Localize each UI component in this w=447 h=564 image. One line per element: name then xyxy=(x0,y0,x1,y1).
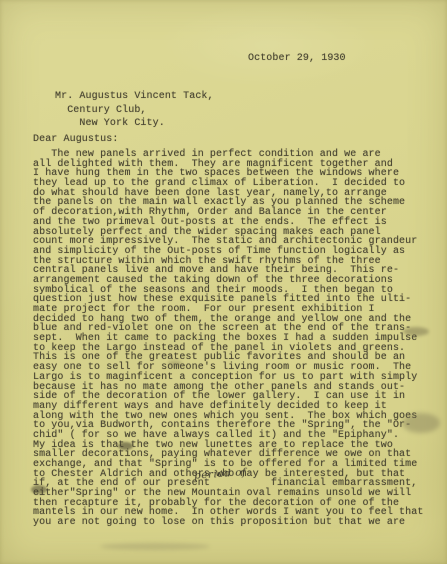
salutation: Dear Augustus: xyxy=(33,134,118,145)
letter-date: October 29, 1930 xyxy=(248,53,346,64)
recipient-address-line: Century Club, xyxy=(55,104,214,118)
ink-smudge xyxy=(100,543,210,550)
recipient-address-line: New York City. xyxy=(55,117,214,131)
recipient-address-line: Mr. Augustus Vincent Tack, xyxy=(55,90,214,104)
letter-body-line: you are not going to lose on this propos… xyxy=(33,518,423,528)
recipient-address: Mr. Augustus Vincent Tack, Century Club,… xyxy=(55,90,214,131)
letter-page: October 29, 1930 Mr. Augustus Vincent Ta… xyxy=(0,0,447,564)
